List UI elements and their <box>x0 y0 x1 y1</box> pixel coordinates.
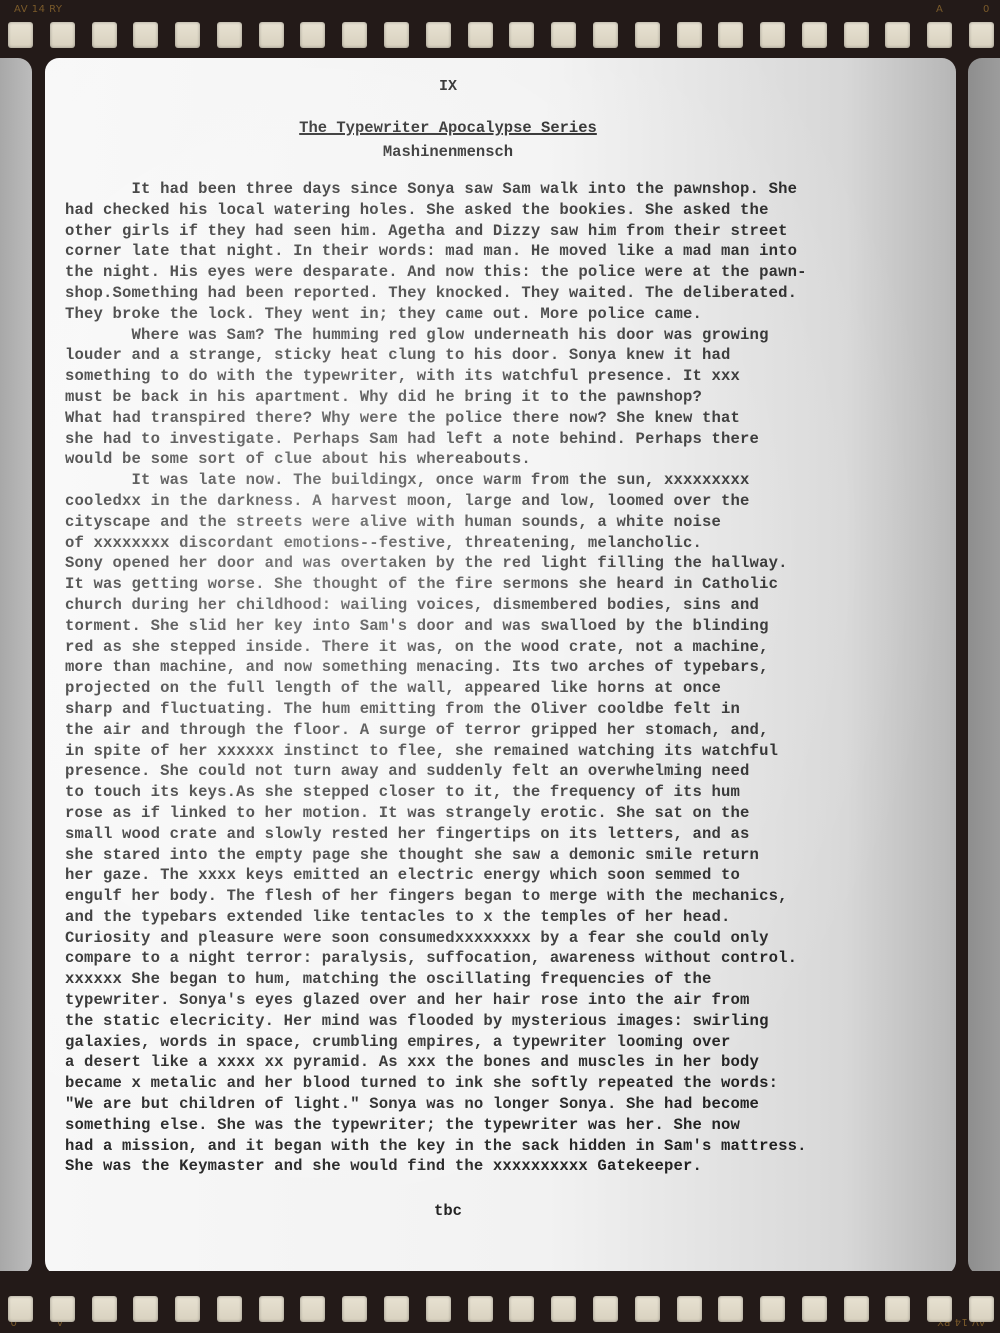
text-line: small wood crate and slowly rested her f… <box>65 824 955 845</box>
text-line: something to do with the typewriter, wit… <box>65 366 955 387</box>
text-line: What had transpired there? Why were the … <box>65 408 955 429</box>
series-title: The Typewriter Apocalypse Series <box>45 119 851 137</box>
sprocket-hole <box>760 22 785 48</box>
text-line: galaxies, words in space, crumbling empi… <box>65 1032 955 1053</box>
text-line: They broke the lock. They went in; they … <box>65 304 955 325</box>
sprocket-hole <box>677 1296 702 1322</box>
sprocket-hole <box>551 1296 576 1322</box>
typewritten-page: IX The Typewriter Apocalypse Series Mash… <box>45 58 956 1275</box>
text-line: church during her childhood: wailing voi… <box>65 595 955 616</box>
sprocket-hole <box>300 22 325 48</box>
sprocket-hole <box>342 22 367 48</box>
text-line: had checked his local watering holes. Sh… <box>65 200 955 221</box>
film-edge-code: AV 14 RY <box>14 4 63 15</box>
sprocket-hole <box>92 22 117 48</box>
sprocket-hole <box>384 1296 409 1322</box>
sprocket-hole <box>635 1296 660 1322</box>
text-line: sharp and fluctuating. The hum emitting … <box>65 699 955 720</box>
chapter-number: IX <box>45 78 851 95</box>
sprocket-hole <box>885 1296 910 1322</box>
sprocket-hole <box>50 1296 75 1322</box>
story-title: Mashinenmensch <box>45 143 851 161</box>
text-line: corner late that night. In their words: … <box>65 241 955 262</box>
text-line: must be back in his apartment. Why did h… <box>65 387 955 408</box>
film-edge-letter: A <box>936 4 943 15</box>
text-line: "We are but children of light." Sonya wa… <box>65 1094 955 1115</box>
sprocket-hole <box>259 1296 284 1322</box>
sprocket-holes <box>8 1296 994 1322</box>
sprocket-hole <box>635 22 660 48</box>
sprocket-hole <box>551 22 576 48</box>
text-line: Sony opened her door and was overtaken b… <box>65 553 955 574</box>
adjacent-frame-right <box>968 58 1000 1275</box>
text-line: typewriter. Sonya's eyes glazed over and… <box>65 990 955 1011</box>
sprocket-hole <box>844 22 869 48</box>
text-line: torment. She slid her key into Sam's doo… <box>65 616 955 637</box>
sprocket-holes <box>8 22 994 48</box>
sprocket-hole <box>133 1296 158 1322</box>
sprocket-hole <box>259 22 284 48</box>
text-line: her gaze. The xxxx keys emitted an elect… <box>65 865 955 886</box>
sprocket-hole <box>217 1296 242 1322</box>
sprocket-hole <box>885 22 910 48</box>
text-line: became x metalic and her blood turned to… <box>65 1073 955 1094</box>
text-line: louder and a strange, sticky heat clung … <box>65 345 955 366</box>
sprocket-hole <box>969 1296 994 1322</box>
sprocket-hole <box>468 22 493 48</box>
sprocket-hole <box>927 1296 952 1322</box>
text-line: she had to investigate. Perhaps Sam had … <box>65 429 955 450</box>
sprocket-hole <box>92 1296 117 1322</box>
text-line: cityscape and the streets were alive wit… <box>65 512 955 533</box>
sprocket-hole <box>760 1296 785 1322</box>
sprocket-hole <box>927 22 952 48</box>
text-line: cooledxx in the darkness. A harvest moon… <box>65 491 955 512</box>
text-line: had a mission, and it began with the key… <box>65 1136 955 1157</box>
text-line: xxxxxx She began to hum, matching the os… <box>65 969 955 990</box>
text-line: It had been three days since Sonya saw S… <box>65 179 955 200</box>
sprocket-hole <box>593 1296 618 1322</box>
text-line: a desert like a xxxx xx pyramid. As xxx … <box>65 1052 955 1073</box>
sprocket-hole <box>802 1296 827 1322</box>
film-strip-bottom: AV 14 RY A 0 <box>0 1271 1000 1333</box>
sprocket-hole <box>844 1296 869 1322</box>
film-strip-top: AV 14 RY A 0 <box>0 0 1000 60</box>
story-body: It had been three days since Sonya saw S… <box>65 179 955 1177</box>
text-line: other girls if they had seen him. Agetha… <box>65 221 955 242</box>
sprocket-hole <box>677 22 702 48</box>
text-line: she stared into the empty page she thoug… <box>65 845 955 866</box>
sprocket-hole <box>8 22 33 48</box>
sprocket-hole <box>300 1296 325 1322</box>
sprocket-hole <box>384 22 409 48</box>
series-title-text: The Typewriter Apocalypse Series <box>299 119 597 137</box>
text-line: the night. His eyes were desparate. And … <box>65 262 955 283</box>
text-line: and the typebars extended like tentacles… <box>65 907 955 928</box>
text-line: shop.Something had been reported. They k… <box>65 283 955 304</box>
text-line: compare to a night terror: paralysis, su… <box>65 948 955 969</box>
text-line: would be some sort of clue about his whe… <box>65 449 955 470</box>
text-line: She was the Keymaster and she would find… <box>65 1156 955 1177</box>
text-line: It was getting worse. She thought of the… <box>65 574 955 595</box>
text-line: to touch its keys.As she stepped closer … <box>65 782 955 803</box>
text-line: red as she stepped inside. There it was,… <box>65 637 955 658</box>
text-line: Curiosity and pleasure were soon consume… <box>65 928 955 949</box>
film-edge-number: 0 <box>983 4 990 15</box>
text-line: in spite of her xxxxxx instinct to flee,… <box>65 741 955 762</box>
sprocket-hole <box>342 1296 367 1322</box>
sprocket-hole <box>718 1296 743 1322</box>
text-line: engulf her body. The flesh of her finger… <box>65 886 955 907</box>
sprocket-hole <box>468 1296 493 1322</box>
sprocket-hole <box>175 1296 200 1322</box>
sprocket-hole <box>133 22 158 48</box>
text-line: the static elecricity. Her mind was floo… <box>65 1011 955 1032</box>
sprocket-hole <box>593 22 618 48</box>
text-line: of xxxxxxxx discordant emotions--festive… <box>65 533 955 554</box>
sprocket-hole <box>802 22 827 48</box>
text-line: the air and through the floor. A surge o… <box>65 720 955 741</box>
sprocket-hole <box>8 1296 33 1322</box>
sprocket-hole <box>509 1296 534 1322</box>
to-be-continued: tbc <box>45 1202 851 1220</box>
sprocket-hole <box>718 22 743 48</box>
text-line: presence. She could not turn away and su… <box>65 761 955 782</box>
text-line: more than machine, and now something men… <box>65 657 955 678</box>
sprocket-hole <box>509 22 534 48</box>
adjacent-frame-left <box>0 58 32 1275</box>
sprocket-hole <box>50 22 75 48</box>
sprocket-hole <box>969 22 994 48</box>
sprocket-hole <box>217 22 242 48</box>
sprocket-hole <box>426 1296 451 1322</box>
text-line: something else. She was the typewriter; … <box>65 1115 955 1136</box>
text-line: projected on the full length of the wall… <box>65 678 955 699</box>
sprocket-hole <box>175 22 200 48</box>
text-line: rose as if linked to her motion. It was … <box>65 803 955 824</box>
text-line: It was late now. The buildingx, once war… <box>65 470 955 491</box>
sprocket-hole <box>426 22 451 48</box>
text-line: Where was Sam? The humming red glow unde… <box>65 325 955 346</box>
